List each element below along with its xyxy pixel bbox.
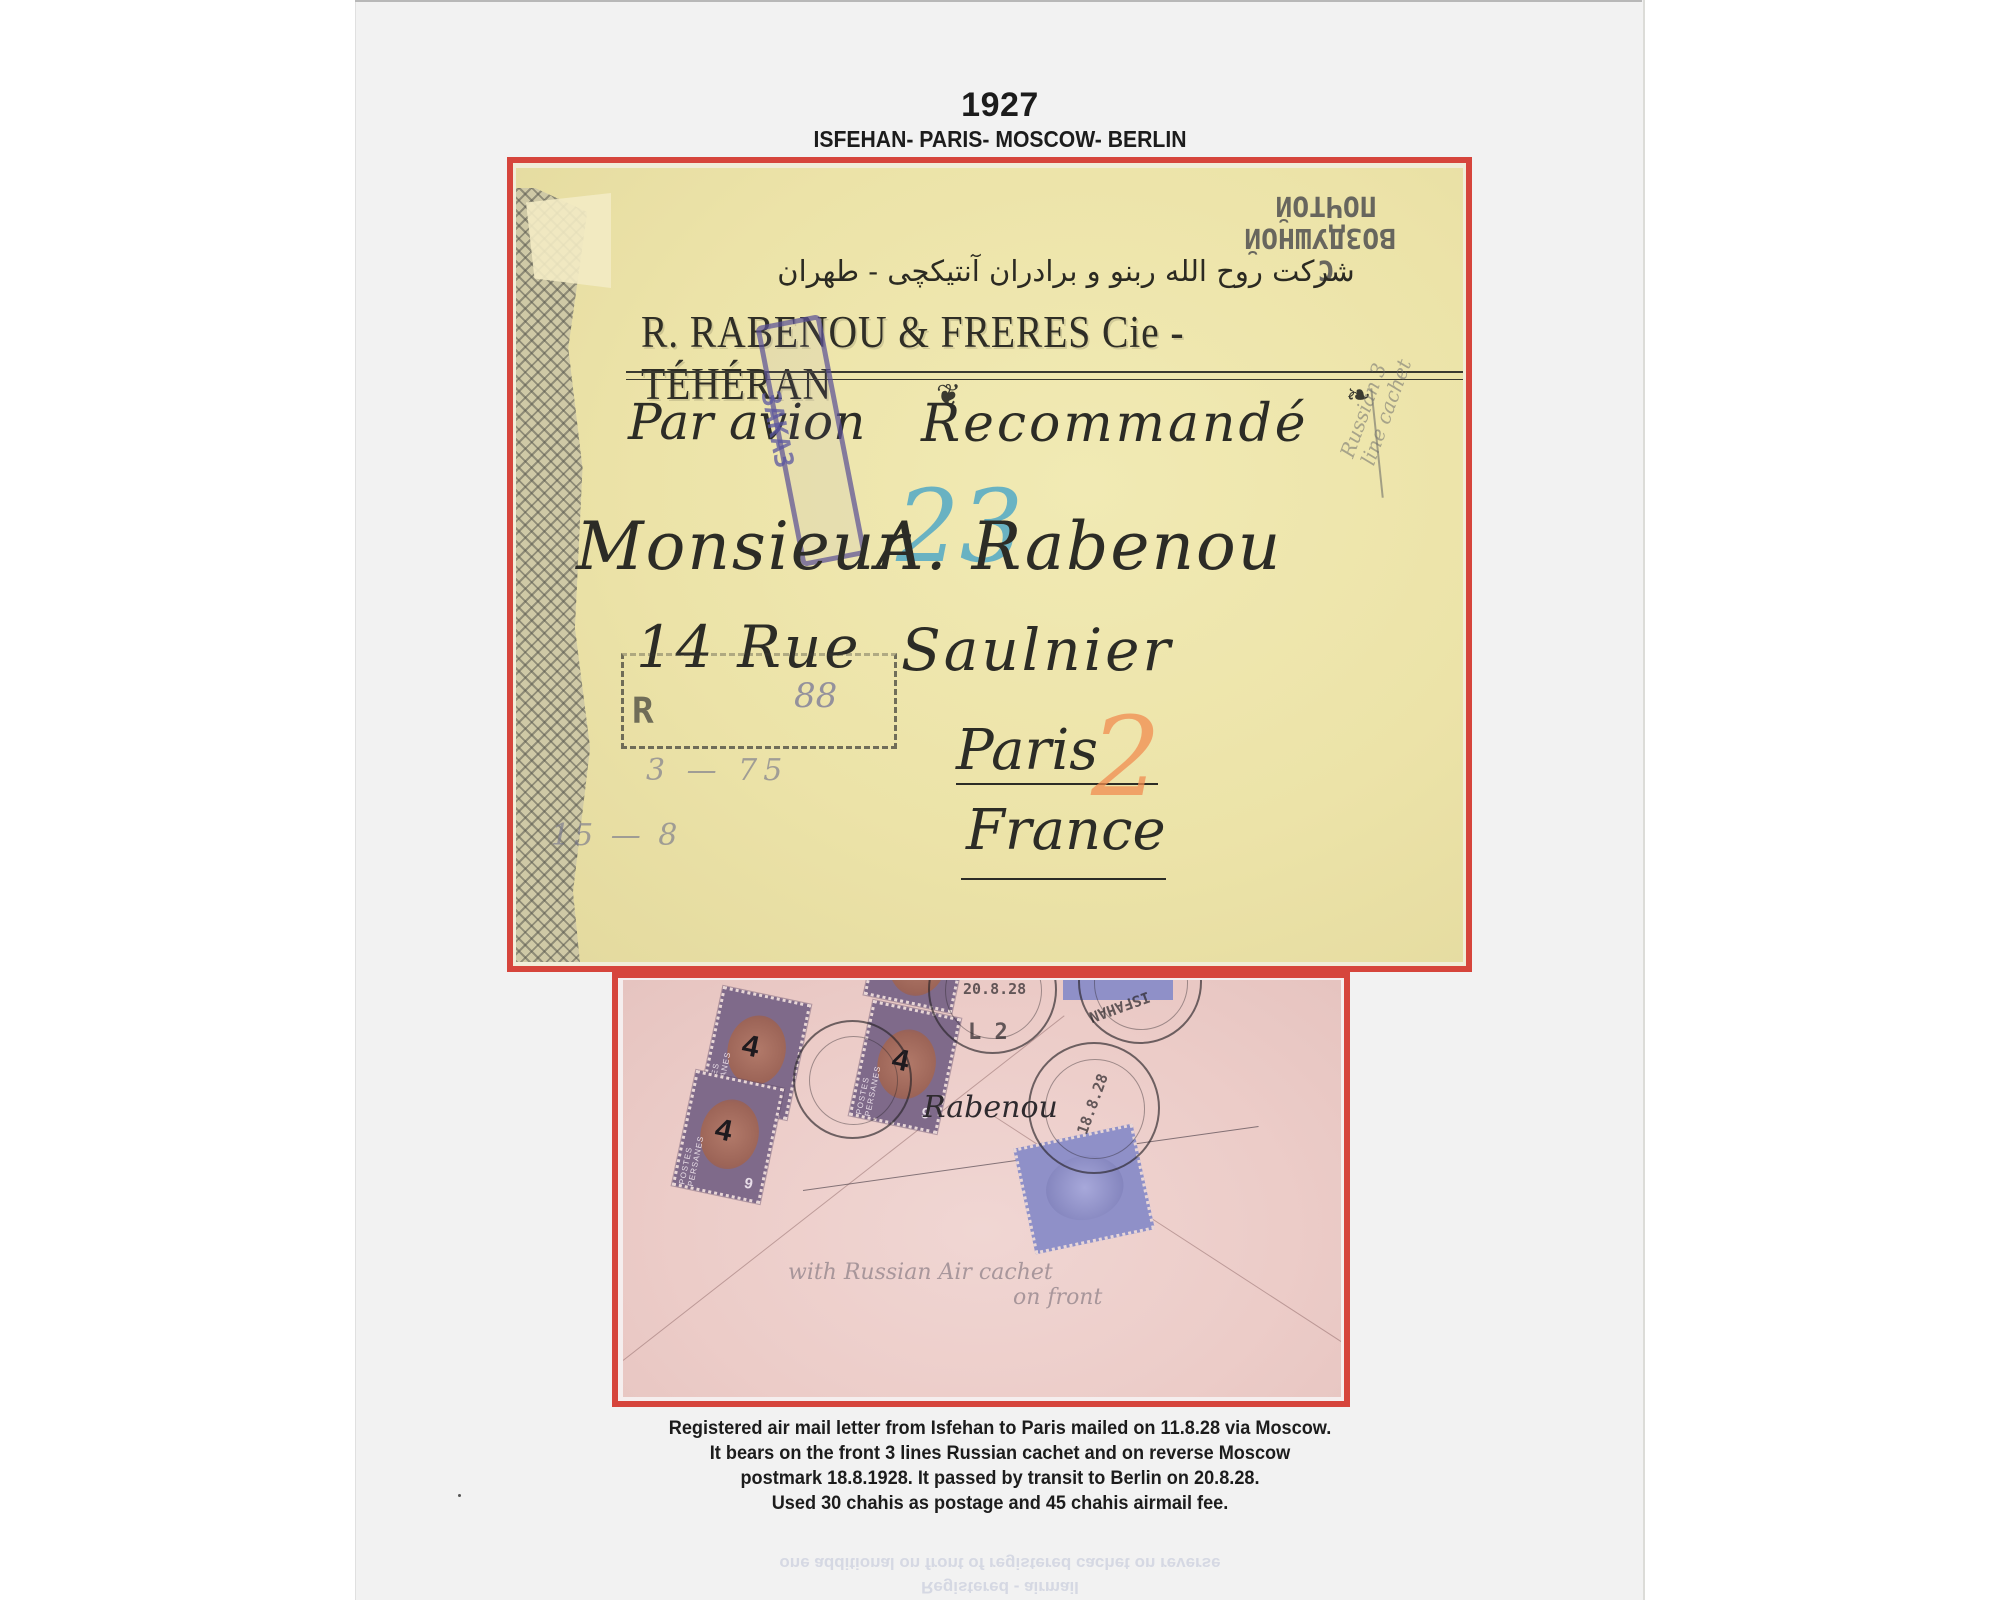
letterhead-rule — [626, 371, 1463, 380]
pencil-mark-rate: 3 — 75 — [646, 753, 788, 788]
pencil-note-line-2: on front — [1013, 1285, 1102, 1310]
paper-speck — [458, 1494, 461, 1497]
letterhead-persian: شرکت روح الله ربنو و برادران آنتیکچی - ط… — [666, 254, 1463, 288]
pencil-note-line-1: with Russian Air cachet — [788, 1260, 1053, 1285]
ghost-line: one additional on front of registered ca… — [0, 1551, 2000, 1575]
country-underline — [961, 878, 1166, 880]
ghost-line: Registered - airmail — [0, 1575, 2000, 1599]
handwriting-country: France — [966, 798, 1166, 863]
caption-line: postmark 18.8.1928. It passed by transit… — [70, 1466, 1930, 1491]
handwriting-street-name: Saulnier — [901, 616, 1173, 684]
stamp-persian: POSTES PERSANES 4 9 — [672, 1070, 785, 1204]
page-edge — [355, 0, 1642, 2]
page-title-year: 1927 — [0, 86, 2000, 125]
handwriting-recommande: Recommandé — [921, 394, 1309, 454]
pencil-mark-date: 15 — 8 — [551, 818, 681, 853]
caption-line: It bears on the front 3 lines Russian ca… — [70, 1441, 1930, 1466]
cachet-line-2: ПОЧТОЙ — [1256, 190, 1396, 222]
exhibit-caption: Registered air mail letter from Isfehan … — [0, 1416, 2000, 1516]
front-cover-mat: С ВОЗДУШНОЙ ПОЧТОЙ شرکت روح الله ربنو و … — [513, 163, 1466, 966]
registration-r: R — [632, 691, 654, 732]
show-through-text: Registered - airmail one additional on f… — [0, 1551, 2000, 1599]
back-cover-frame: POSTES PERSANES 4 9 POSTES PERSANES 4 9 … — [612, 972, 1350, 1407]
front-cover-frame: С ВОЗДУШНОЙ ПОЧТОЙ شرکت روح الله ربنو و … — [507, 157, 1472, 972]
handwriting-sender-name: Rabenou — [923, 1090, 1058, 1125]
back-cover-mat: POSTES PERSANES 4 9 POSTES PERSANES 4 9 … — [618, 978, 1344, 1401]
handwriting-salutation: Monsieur — [576, 508, 910, 585]
stamp-denomination: 9 — [743, 1175, 755, 1193]
page-title-route: ISFEHAN- PARIS- MOSCOW- BERLIN — [80, 126, 1920, 153]
caption-line: Used 30 chahis as postage and 45 chahis … — [70, 1491, 1930, 1516]
front-cover-envelope: С ВОЗДУШНОЙ ПОЧТОЙ شرکت روح الله ربنو و … — [516, 168, 1463, 962]
handwriting-recipient: A. Rabenou — [876, 508, 1282, 585]
registration-label-box: R 88 — [621, 653, 897, 749]
registration-number: 88 — [794, 676, 837, 716]
postmark-date: 20.8.28 — [963, 980, 1026, 998]
back-cover-envelope: POSTES PERSANES 4 9 POSTES PERSANES 4 9 … — [623, 980, 1341, 1397]
postmark-isfahan — [793, 1020, 912, 1139]
postmark-code: L 2 — [968, 1020, 1008, 1045]
caption-line: Registered air mail letter from Isfehan … — [70, 1416, 1930, 1441]
envelope-flap-corner — [526, 193, 611, 288]
